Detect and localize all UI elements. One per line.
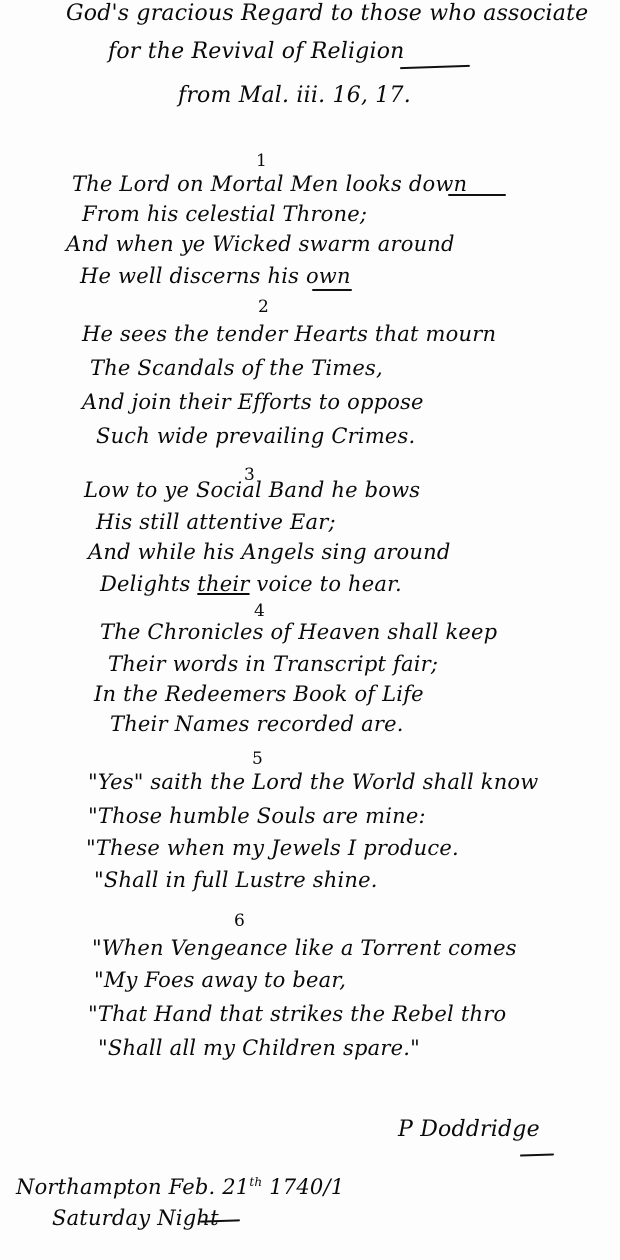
stanza-4-line-2: Their words in Transcript fair; (108, 652, 438, 676)
stanza-2-line-1: He sees the tender Hearts that mourn (82, 322, 496, 346)
stanza-4-line-3: In the Redeemers Book of Life (94, 682, 424, 706)
underlined-word-their: their (197, 572, 249, 596)
stanza-1-line-4: He well discerns his own (80, 264, 351, 288)
stanza-6-line-1: "When Vengeance like a Torrent comes (92, 936, 517, 960)
date-flourish (200, 1219, 240, 1222)
day-of-week: Saturday Night (52, 1206, 219, 1230)
signature-flourish (520, 1153, 554, 1156)
heading-line-1: God's gracious Regard to those who assoc… (66, 2, 588, 26)
stanza-number-6: 6 (234, 912, 245, 930)
place-date: Northampton Feb. 21th 1740/1 (16, 1170, 344, 1199)
stanza-number-5: 5 (252, 750, 263, 768)
stanza-1-line-2: From his celestial Throne; (82, 202, 367, 226)
stanza-2-line-4: Such wide prevailing Crimes. (96, 424, 415, 448)
place-and-day: Northampton Feb. 21 (16, 1175, 249, 1199)
stanza-3-line-1: Low to ye Social Band he bows (84, 478, 420, 502)
line-flourish (448, 194, 506, 196)
manuscript-page: God's gracious Regard to those who assoc… (0, 0, 620, 1260)
stanza-3-line-3: And while his Angels sing around (88, 540, 451, 564)
heading-line-3: from Mal. iii. 16, 17. (178, 84, 411, 108)
stanza-number-2: 2 (258, 298, 269, 316)
stanza-6-line-3: "That Hand that strikes the Rebel thro (88, 1002, 506, 1026)
stanza-4-line-1: The Chronicles of Heaven shall keep (100, 620, 497, 644)
stanza-6-line-4: "Shall all my Children spare." (98, 1036, 420, 1060)
stanza-number-4: 4 (254, 602, 265, 620)
stanza-5-line-2: "Those humble Souls are mine: (88, 804, 426, 828)
stanza-2-line-2: The Scandals of the Times, (90, 356, 383, 380)
stanza-1-line-3: And when ye Wicked swarm around (66, 232, 455, 256)
stanza-1-line-1: The Lord on Mortal Men looks down (72, 172, 467, 196)
stanza-2-line-3: And join their Efforts to oppose (82, 390, 424, 414)
signature: P Doddridge (398, 1118, 540, 1142)
heading-flourish (400, 65, 470, 69)
stanza-6-line-2: "My Foes away to bear, (94, 968, 346, 992)
date-suffix: th (249, 1175, 262, 1189)
heading-line-2: for the Revival of Religion (108, 40, 405, 64)
stanza-5-line-1: "Yes" saith the Lord the World shall kno… (88, 770, 538, 794)
stanza-4-line-4: Their Names recorded are. (110, 712, 404, 736)
voice-to-hear: voice to hear. (250, 572, 402, 596)
stanza-5-line-4: "Shall in full Lustre shine. (94, 868, 378, 892)
stanza-5-line-3: "These when my Jewels I produce. (86, 836, 459, 860)
stanza-3-line-4: Delights their voice to hear. (100, 572, 402, 596)
stanza-number-1: 1 (256, 152, 267, 170)
delights-word: Delights (100, 572, 197, 596)
stanza-3-line-2: His still attentive Ear; (96, 510, 336, 534)
line-flourish (312, 289, 352, 291)
year: 1740/1 (269, 1175, 344, 1199)
